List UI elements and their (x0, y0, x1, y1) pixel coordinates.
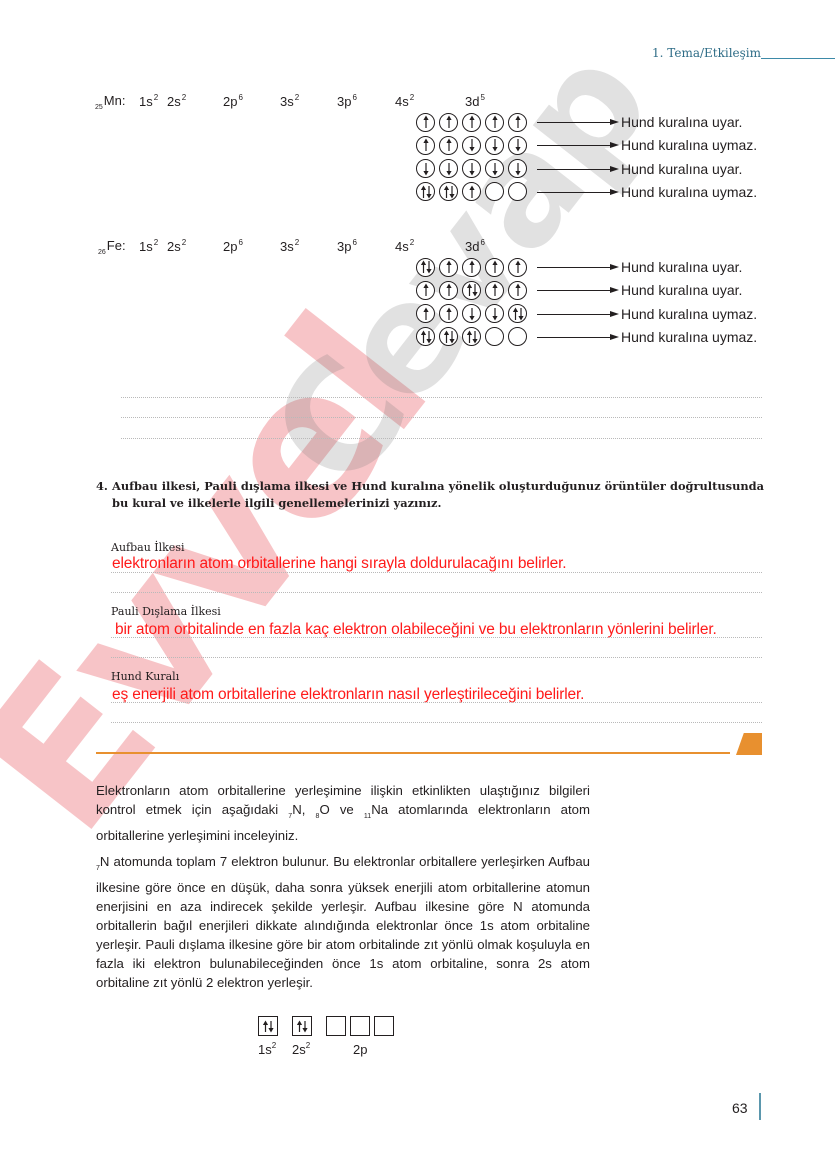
orbital-box-label: 2p (353, 1041, 367, 1057)
empty-orbital-icon (508, 182, 527, 201)
pointer-arrow-line (537, 337, 610, 338)
spin-up-orbital-icon (462, 258, 481, 277)
orbital-diagram-row (416, 159, 531, 179)
aufbau-label: Aufbau İlkesi (111, 541, 184, 554)
arrow-right-icon (610, 334, 619, 340)
spin-down-orbital-icon (462, 304, 481, 323)
orbital-term: 4s2 (395, 238, 414, 254)
page-number-bar (759, 1093, 761, 1120)
spin-down-orbital-icon (485, 136, 504, 155)
spin-down-orbital-icon (416, 159, 435, 178)
spin-up-orbital-icon (416, 304, 435, 323)
answer-line[interactable] (121, 438, 762, 439)
orbital-term: 3s2 (280, 93, 299, 109)
arrow-right-icon (610, 287, 619, 293)
answer-line[interactable] (111, 592, 762, 593)
spin-up-orbital-icon (508, 281, 527, 300)
spin-up-orbital-icon (485, 258, 504, 277)
arrow-right-icon (610, 264, 619, 270)
orbital-diagram-row (416, 257, 531, 277)
empty-orbital-icon (508, 327, 527, 346)
spin-up-orbital-icon (508, 113, 527, 132)
header-rule (761, 58, 835, 59)
answer-line[interactable] (111, 572, 762, 573)
spin-up-orbital-icon (462, 113, 481, 132)
orbital-term: 3d6 (465, 238, 485, 254)
spin-up-orbital-icon (439, 281, 458, 300)
orbital-box-label: 1s2 (258, 1041, 276, 1057)
pointer-arrow-line (537, 192, 610, 193)
hund-rule-verdict: Hund kuralına uymaz. (621, 329, 757, 345)
o-symbol: O ve (319, 802, 363, 817)
orbital-diagram-row (416, 304, 531, 324)
orbital-term: 1s2 (139, 93, 158, 109)
spin-up-orbital-icon (416, 136, 435, 155)
spin-up-orbital-icon (416, 281, 435, 300)
spin-down-orbital-icon (439, 159, 458, 178)
orbital-diagram-row (416, 182, 531, 202)
answer-line[interactable] (121, 397, 762, 398)
question-4: 4. Aufbau ilkesi, Pauli dışlama ilkesi v… (96, 478, 764, 512)
orbital-term: 2p6 (223, 93, 243, 109)
orbital-term: 2p6 (223, 238, 243, 254)
orbital-diagram-row (416, 112, 531, 132)
spin-up-orbital-icon (439, 258, 458, 277)
empty-orbital-icon (485, 182, 504, 201)
pointer-arrow-line (537, 314, 610, 315)
arrow-right-icon (610, 311, 619, 317)
arrow-right-icon (610, 142, 619, 148)
intro-paragraph: Elektronların atom orbitallerine yerleşi… (96, 781, 590, 845)
pointer-arrow-line (537, 145, 610, 146)
orbital-term: 4s2 (395, 93, 414, 109)
pauli-label: Pauli Dışlama İlkesi (111, 605, 221, 618)
spin-up-orbital-icon (439, 113, 458, 132)
paired-electron-orbital-box (292, 1016, 312, 1036)
orbital-term: 2s2 (167, 238, 186, 254)
pointer-arrow-line (537, 122, 610, 123)
empty-orbital-icon (485, 327, 504, 346)
orbital-term: 1s2 (139, 238, 158, 254)
section-header: 1. Tema/Etkileşim (652, 46, 761, 60)
arrow-right-icon (610, 189, 619, 195)
section-divider (96, 752, 730, 754)
orbital-term: 3s2 (280, 238, 299, 254)
paired-electron-orbital-icon (462, 281, 481, 300)
spin-up-orbital-icon (416, 113, 435, 132)
orbital-box-label: 2s2 (292, 1041, 310, 1057)
paired-electron-orbital-icon (416, 327, 435, 346)
answer-line[interactable] (111, 657, 762, 658)
spin-down-orbital-icon (508, 136, 527, 155)
hund-rule-verdict: Hund kuralına uymaz. (621, 184, 757, 200)
spin-down-orbital-icon (508, 159, 527, 178)
hund-rule-verdict: Hund kuralına uyar. (621, 259, 742, 275)
orbital-term: 3d5 (465, 93, 485, 109)
pointer-arrow-line (537, 169, 610, 170)
spin-down-orbital-icon (485, 159, 504, 178)
orbital-term: 3p6 (337, 93, 357, 109)
element-symbol: 26Fe: (98, 238, 126, 256)
spin-up-orbital-icon (462, 182, 481, 201)
paired-electron-orbital-icon (416, 258, 435, 277)
nitrogen-text: N atomunda toplam 7 elektron bulunur. Bu… (96, 854, 590, 990)
nitrogen-paragraph: 7N atomunda toplam 7 elektron bulunur. B… (96, 852, 590, 992)
hund-rule-verdict: Hund kuralına uyar. (621, 161, 742, 177)
page-number: 63 (732, 1100, 748, 1116)
paired-electron-orbital-icon (439, 182, 458, 201)
hund-rule-verdict: Hund kuralına uyar. (621, 114, 742, 130)
spin-up-orbital-icon (439, 136, 458, 155)
question-text: Aufbau ilkesi, Pauli dışlama ilkesi ve H… (96, 478, 764, 512)
paired-electron-orbital-box (258, 1016, 278, 1036)
orbital-term: 2s2 (167, 93, 186, 109)
empty-orbital-box (350, 1016, 370, 1036)
answer-line[interactable] (111, 722, 762, 723)
answer-line[interactable] (121, 417, 762, 418)
paired-electron-orbital-icon (439, 327, 458, 346)
spin-down-orbital-icon (485, 304, 504, 323)
orbital-term: 3p6 (337, 238, 357, 254)
hund-rule-verdict: Hund kuralına uymaz. (621, 306, 757, 322)
aufbau-answer: elektronların atom orbitallerine hangi s… (112, 555, 566, 573)
spin-down-orbital-icon (462, 159, 481, 178)
orbital-diagram-row (416, 280, 531, 300)
section-tab-marker (736, 733, 762, 755)
element-symbol: 25Mn: (95, 93, 125, 111)
spin-down-orbital-icon (462, 136, 481, 155)
spin-up-orbital-icon (485, 113, 504, 132)
orbital-diagram-row (416, 327, 531, 347)
hund-rule-verdict: Hund kuralına uyar. (621, 282, 742, 298)
n-symbol: N, (292, 802, 315, 817)
pointer-arrow-line (537, 267, 610, 268)
spin-up-orbital-icon (485, 281, 504, 300)
arrow-right-icon (610, 166, 619, 172)
orbital-diagram-row (416, 135, 531, 155)
paired-electron-orbital-icon (416, 182, 435, 201)
paired-electron-orbital-icon (508, 304, 527, 323)
hund-rule-verdict: Hund kuralına uymaz. (621, 137, 757, 153)
spin-up-orbital-icon (439, 304, 458, 323)
spin-up-orbital-icon (508, 258, 527, 277)
answer-line[interactable] (111, 637, 762, 638)
answer-line[interactable] (111, 702, 762, 703)
empty-orbital-box (326, 1016, 346, 1036)
arrow-right-icon (610, 119, 619, 125)
question-number: 4. (96, 478, 108, 495)
paired-electron-orbital-icon (462, 327, 481, 346)
hund-label: Hund Kuralı (111, 670, 179, 683)
empty-orbital-box (374, 1016, 394, 1036)
pointer-arrow-line (537, 290, 610, 291)
